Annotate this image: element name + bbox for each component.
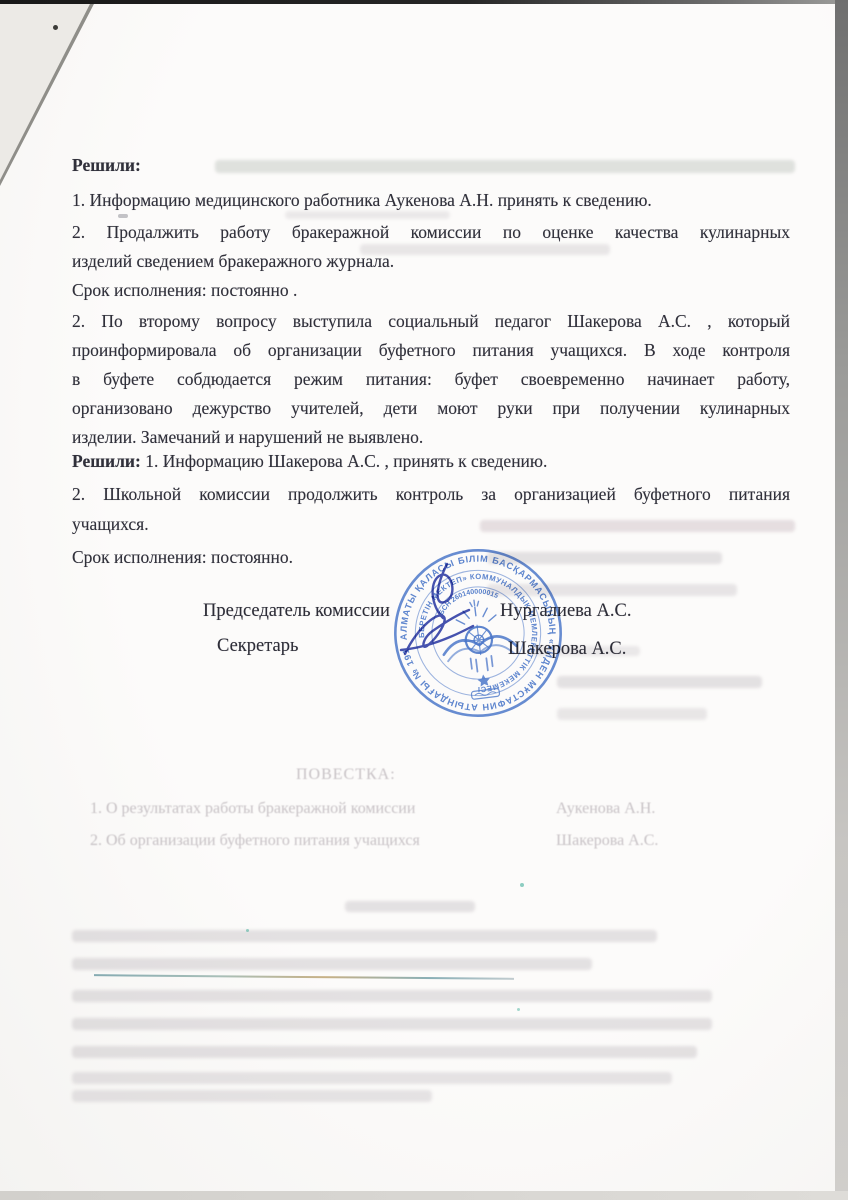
bleedthrough-smudge bbox=[72, 1072, 672, 1084]
bleedthrough-agenda-item: 1. О результатах работы бракеражной коми… bbox=[90, 800, 415, 818]
deadline-text: Срок исполнения: постоянно . bbox=[72, 276, 790, 305]
document-line: проинформировала об организации буфетног… bbox=[72, 336, 790, 365]
resolution-heading: Решили: bbox=[72, 151, 790, 180]
document-line: 2. По второму вопросу выступила социальн… bbox=[72, 307, 790, 336]
bleedthrough-smudge bbox=[72, 990, 712, 1002]
document-line: учащихся. bbox=[72, 509, 790, 539]
scanned-protocol-page: ПОВЕСТКА: 1. О результатах работы бракер… bbox=[0, 0, 848, 1200]
question2-paragraph: 2. По второму вопросу выступила социальн… bbox=[72, 307, 790, 452]
bleedthrough-smudge bbox=[72, 958, 592, 970]
bleedthrough-smudge bbox=[557, 676, 762, 688]
bleedthrough-smudge bbox=[72, 1046, 697, 1058]
bleedthrough-smudge bbox=[72, 930, 657, 942]
document-line: в буфете собдюдается режим питания: буфе… bbox=[72, 365, 790, 394]
bleedthrough-agenda-speaker: Аукенова А.Н. bbox=[556, 800, 655, 818]
scan-edge-bottom bbox=[0, 1191, 848, 1200]
document-line: изделий сведением бракеражного журнала. bbox=[72, 247, 790, 276]
handwritten-signature bbox=[385, 550, 515, 675]
resolution2-heading: Решили: bbox=[72, 451, 141, 471]
bleedthrough-smudge bbox=[557, 708, 707, 720]
resolution2-item1: 1. Информацию Шакерова А.С. , принять к … bbox=[145, 451, 547, 471]
document-line: организовано дежурство учителей, дети мо… bbox=[72, 394, 790, 423]
chair-label: Председатель комиссии bbox=[203, 601, 390, 622]
bleedthrough-agenda-item: 2. Об организации буфетного питания учащ… bbox=[90, 832, 420, 850]
fold-speck bbox=[53, 25, 58, 30]
document-line: 1. Информацию медицинского работника Аук… bbox=[72, 186, 790, 215]
document-line: 2. Продалжить работу бракеражной комисси… bbox=[72, 218, 790, 247]
scan-edge-top bbox=[0, 0, 848, 4]
bleedthrough-agenda-heading: ПОВЕСТКА: bbox=[296, 766, 396, 784]
scan-speck bbox=[246, 929, 249, 932]
scan-edge-right bbox=[835, 0, 848, 1200]
secretary-label: Секретарь bbox=[217, 636, 298, 657]
bleedthrough-agenda-speaker: Шакерова А.С. bbox=[556, 832, 658, 850]
resolution-item2: 2. Продалжить работу бракеражной комисси… bbox=[72, 218, 790, 276]
scan-speck bbox=[517, 1008, 520, 1011]
resolution2-item2: 2. Школьной комиссии продолжить контроль… bbox=[72, 479, 790, 539]
scan-speck bbox=[520, 883, 524, 887]
resolution2-line: Решили: 1. Информацию Шакерова А.С. , пр… bbox=[72, 447, 790, 476]
bleedthrough-smudge bbox=[72, 1018, 712, 1030]
document-line: 2. Школьной комиссии продолжить контроль… bbox=[72, 479, 790, 509]
bleedthrough-smudge bbox=[72, 1090, 432, 1102]
bleedthrough-smudge bbox=[345, 901, 475, 912]
